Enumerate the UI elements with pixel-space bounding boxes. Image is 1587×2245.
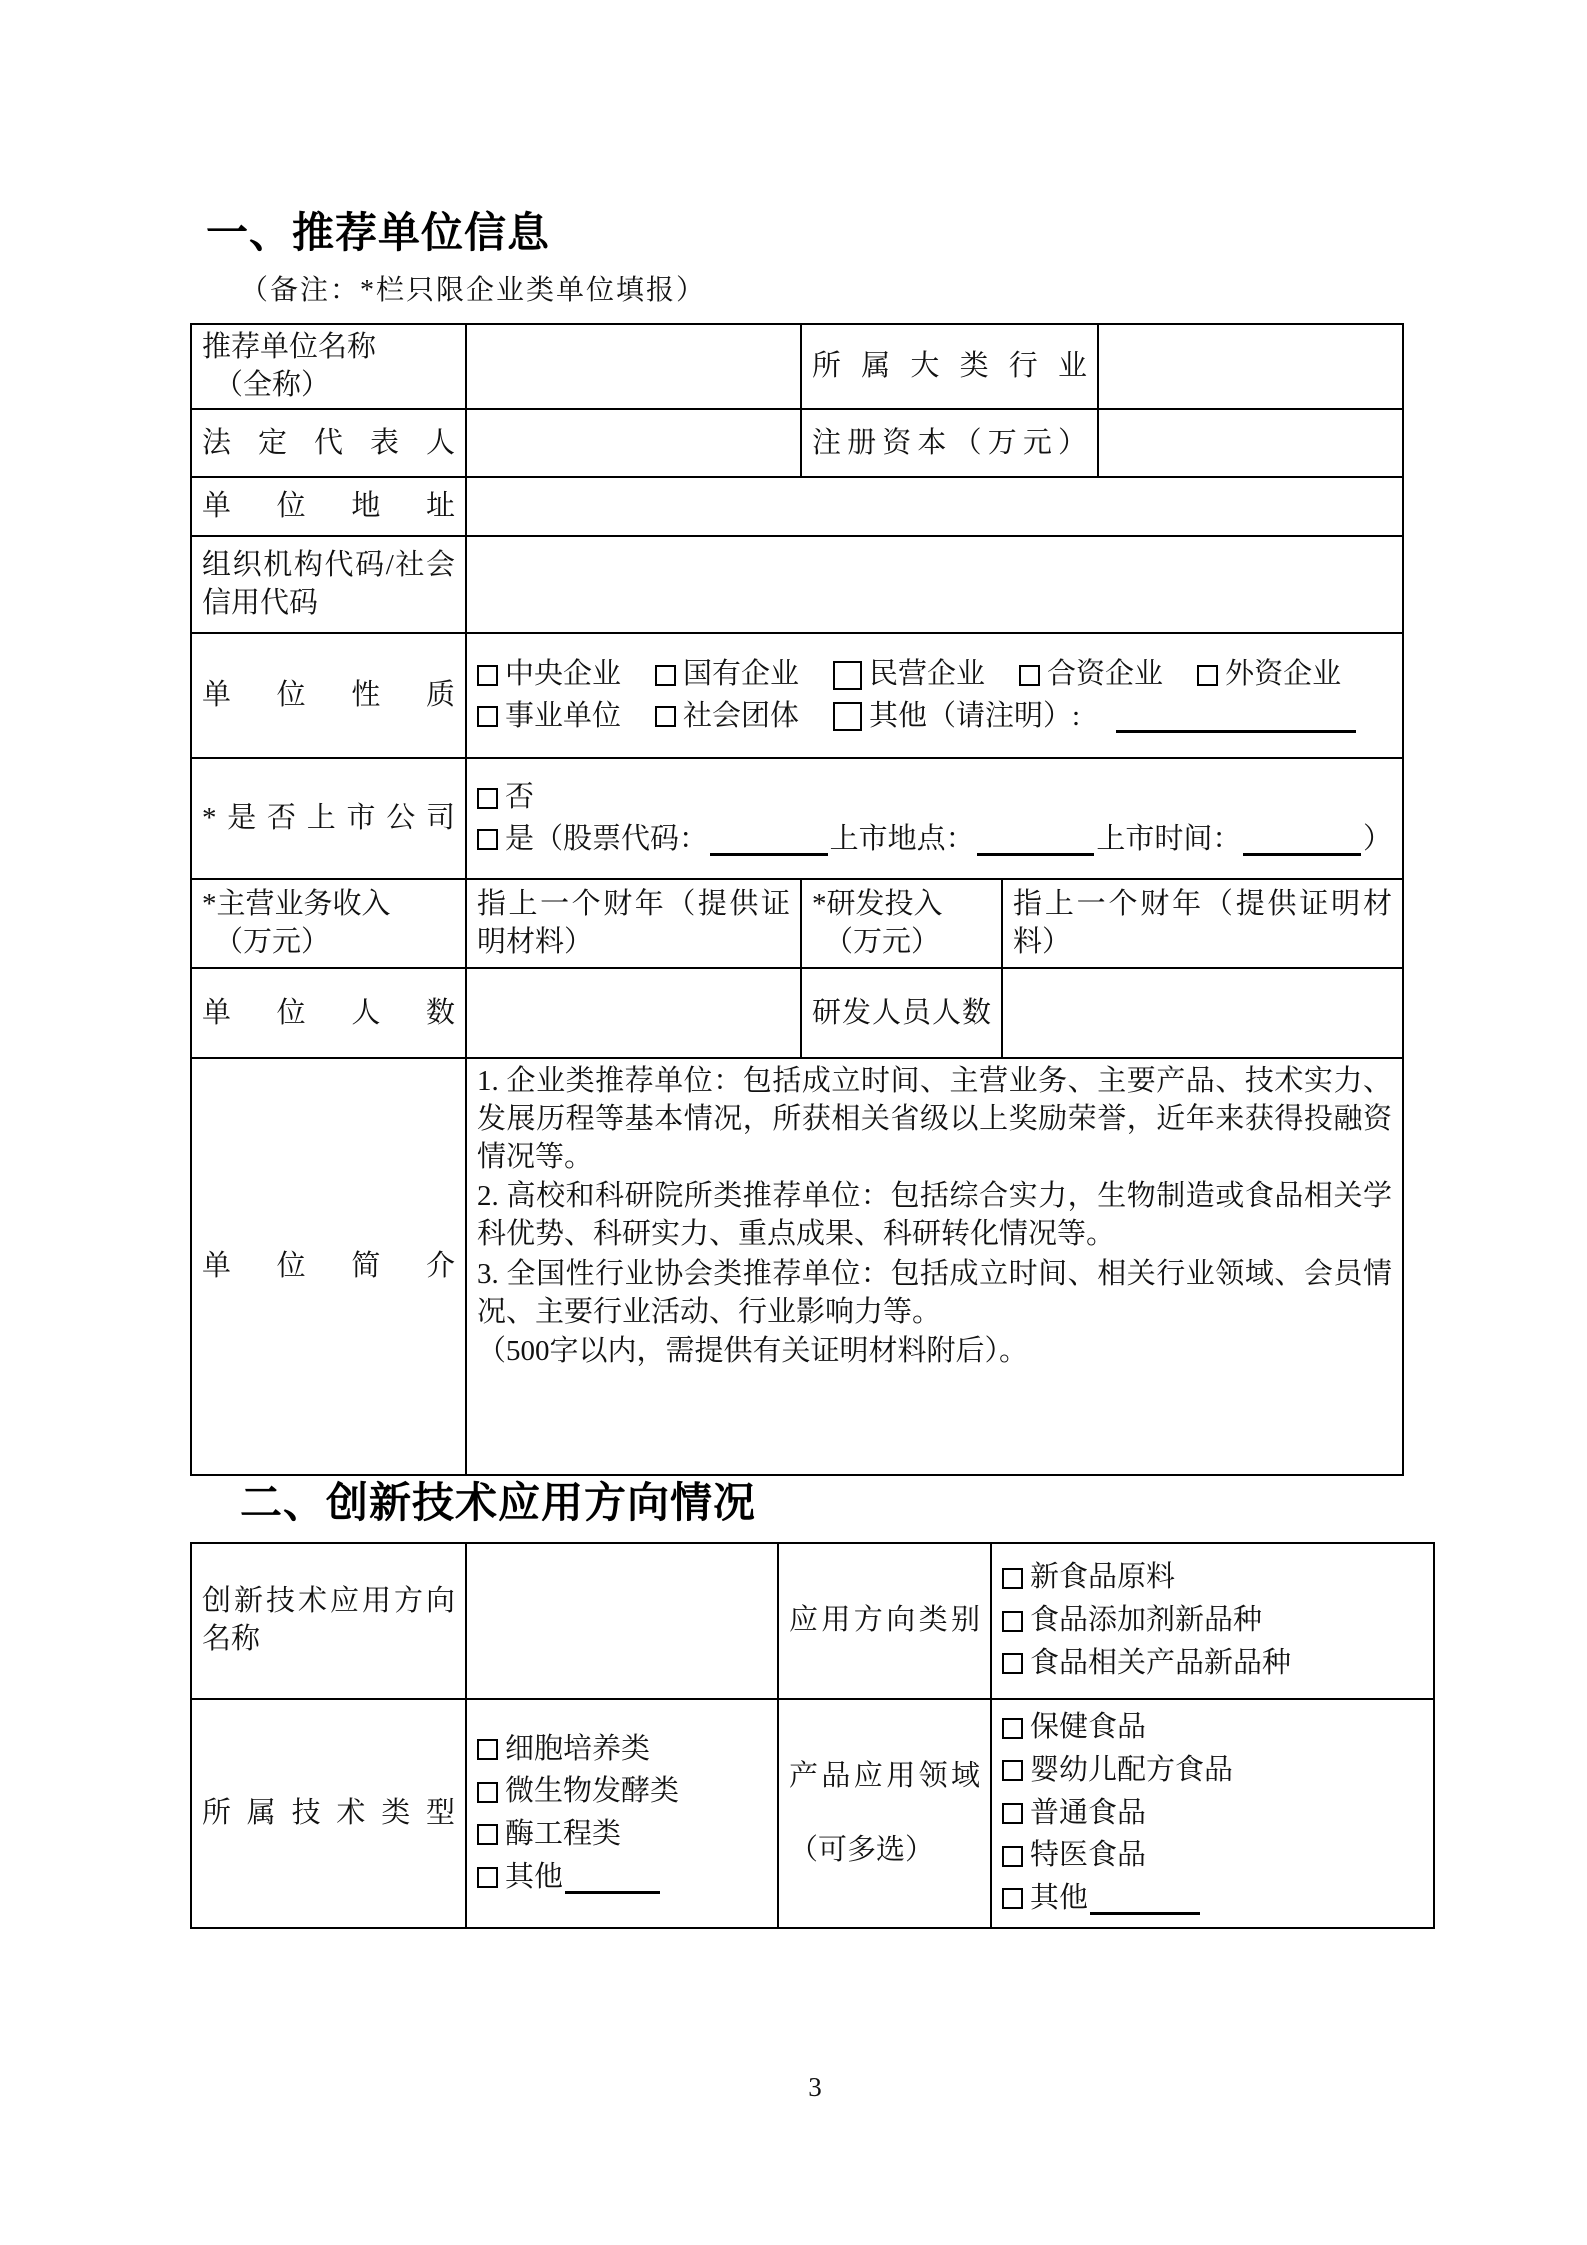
profile-paragraph-1: 1. 企业类推荐单位：包括成立时间、主营业务、主要产品、技术实力、发展历程等基本…: [477, 1063, 1392, 1176]
checkbox-option-microbial-fermentation[interactable]: 微生物发酵类: [477, 1773, 767, 1811]
checkbox-option-food-related-product[interactable]: 食品相关产品新品种: [1002, 1645, 1423, 1683]
checkbox-option-apply-other[interactable]: 其他: [1002, 1880, 1423, 1918]
profile-paragraph-2: 2. 高校和科研院所类推荐单位：包括综合实力，生物制造或食品相关学科优势、科研实…: [477, 1178, 1392, 1253]
table-row: 单位人数 研发人员人数: [191, 968, 1403, 1058]
checkbox-option-infant-formula[interactable]: 婴幼儿配方食品: [1002, 1752, 1423, 1790]
checkbox-label: 中央企业: [505, 656, 621, 694]
profile-note: （500字以内，需提供有关证明材料附后）。: [477, 1333, 1392, 1371]
checkbox-label: 食品相关产品新品种: [1030, 1645, 1291, 1683]
checkbox-label: 保健食品: [1030, 1709, 1146, 1747]
nature-options-line2: 事业单位 社会团体 其他（请注明）:: [477, 698, 1392, 736]
unit-profile-label: 单位简介: [191, 1058, 466, 1475]
org-code-field[interactable]: [466, 536, 1403, 633]
listed-yes-option[interactable]: 是（股票代码：上市地点：上市时间：）: [477, 821, 1392, 859]
table-row: 推荐单位名称 （全称） 所属大类行业: [191, 324, 1403, 409]
checkbox-icon[interactable]: [477, 706, 498, 727]
nature-options-line1: 中央企业 国有企业 民营企业 合资企业 外资企业: [477, 656, 1392, 694]
checkbox-icon[interactable]: [477, 788, 498, 809]
apply-other-blank[interactable]: [1090, 1883, 1200, 1915]
table-row: 法定代表人 注册资本（万元）: [191, 409, 1403, 477]
checkbox-label: 是（股票代码：: [505, 821, 708, 859]
checkbox-label: 事业单位: [505, 698, 621, 736]
section1-note: （备注：*栏只限企业类单位填报）: [240, 268, 706, 308]
checkbox-option-other-nature[interactable]: 其他（请注明）:: [833, 698, 1080, 736]
checkbox-icon[interactable]: [477, 1739, 498, 1760]
checkbox-option-tech-other[interactable]: 其他: [477, 1859, 767, 1897]
checkbox-option-health-food[interactable]: 保健食品: [1002, 1709, 1423, 1747]
checkbox-label: 特医食品: [1030, 1837, 1146, 1875]
checkbox-label: 食品添加剂新品种: [1030, 1602, 1262, 1640]
checkbox-label: 酶工程类: [505, 1816, 621, 1854]
table-row: 创新技术应用方向名称 应用方向类别 新食品原料 食品添加剂新品种 食品相关产品新…: [191, 1543, 1434, 1699]
label-text: （全称）: [202, 367, 455, 405]
listing-time-blank[interactable]: [1243, 824, 1361, 856]
document-page: 一、推荐单位信息 （备注：*栏只限企业类单位填报） 推荐单位名称 （全称） 所属…: [0, 0, 1587, 2245]
checkbox-label: 社会团体: [683, 698, 799, 736]
revenue-fiscal-note: 指上一个财年（提供证明材料）: [466, 879, 801, 968]
rd-fiscal-note: 指上一个财年（提供证明材料）: [1002, 879, 1403, 968]
capital-label: 注册资本（万元）: [801, 409, 1098, 477]
checkbox-option-medical-food[interactable]: 特医食品: [1002, 1837, 1423, 1875]
checkbox-icon[interactable]: [477, 665, 498, 686]
checkbox-label: 其他: [1030, 1880, 1088, 1918]
table-row: 所属技术类型 细胞培养类 微生物发酵类 酶工程类 其他 产品应用领域 （可多选）…: [191, 1699, 1434, 1928]
unit-name-field[interactable]: [466, 324, 801, 409]
checkbox-icon[interactable]: [477, 1824, 498, 1845]
checkbox-icon[interactable]: [1002, 1718, 1023, 1739]
tech-type-label: 所属技术类型: [191, 1699, 466, 1928]
section2-title: 二、创新技术应用方向情况: [240, 1470, 756, 1530]
checkbox-option-food-additive[interactable]: 食品添加剂新品种: [1002, 1602, 1423, 1640]
listing-place-label: 上市地点：: [830, 821, 975, 859]
headcount-label: 单位人数: [191, 968, 466, 1058]
table-row: 单位简介 1. 企业类推荐单位：包括成立时间、主营业务、主要产品、技术实力、发展…: [191, 1058, 1403, 1475]
checkbox-label: 其他（请注明）:: [869, 698, 1080, 736]
closing-paren: ）: [1363, 821, 1392, 859]
checkbox-label: 新食品原料: [1030, 1559, 1175, 1597]
tech-other-blank[interactable]: [565, 1862, 660, 1894]
industry-label: 所属大类行业: [801, 324, 1098, 409]
headcount-field[interactable]: [466, 968, 801, 1058]
checkbox-option-private[interactable]: 民营企业: [833, 656, 985, 694]
other-nature-blank[interactable]: [1116, 701, 1356, 733]
checkbox-icon[interactable]: [1197, 665, 1218, 686]
table-row: 单位地址: [191, 477, 1403, 536]
label-text: *研发投入: [812, 886, 991, 924]
checkbox-icon[interactable]: [1002, 1803, 1023, 1824]
rd-headcount-label: 研发人员人数: [801, 968, 1002, 1058]
checkbox-icon[interactable]: [833, 661, 862, 690]
checkbox-label: 婴幼儿配方食品: [1030, 1752, 1233, 1790]
checkbox-option-institution[interactable]: 事业单位: [477, 698, 621, 736]
unit-nature-label: 单位性质: [191, 633, 466, 758]
checkbox-icon[interactable]: [1002, 1611, 1023, 1632]
label-text: （可多选）: [789, 1832, 980, 1870]
listed-company-options: 否 是（股票代码：上市地点：上市时间：）: [466, 758, 1403, 879]
checkbox-label: 民营企业: [869, 656, 985, 694]
checkbox-label: 国有企业: [683, 656, 799, 694]
org-code-label: 组织机构代码/社会信用代码: [191, 536, 466, 633]
table-row: *是否上市公司 否 是（股票代码：上市地点：上市时间：）: [191, 758, 1403, 879]
apply-field-label: 产品应用领域 （可多选）: [778, 1699, 991, 1928]
checkbox-label: 微生物发酵类: [505, 1773, 679, 1811]
rd-invest-label: *研发投入 （万元）: [801, 879, 1002, 968]
checkbox-label: 合资企业: [1047, 656, 1163, 694]
table-row: 单位性质 中央企业 国有企业 民营企业 合资企业 外资企业 事业单位 社会团体 …: [191, 633, 1403, 758]
checkbox-option-state-owned[interactable]: 国有企业: [655, 656, 799, 694]
apply-field-options: 保健食品 婴幼儿配方食品 普通食品 特医食品 其他: [991, 1699, 1434, 1928]
checkbox-label: 普通食品: [1030, 1795, 1146, 1833]
checkbox-label: 否: [505, 779, 534, 817]
listed-company-label: *是否上市公司: [191, 758, 466, 879]
checkbox-option-foreign[interactable]: 外资企业: [1197, 656, 1341, 694]
address-label: 单位地址: [191, 477, 466, 536]
stock-code-blank[interactable]: [710, 824, 828, 856]
section1-title: 一、推荐单位信息: [206, 200, 550, 260]
checkbox-icon[interactable]: [655, 665, 676, 686]
profile-paragraph-3: 3. 全国性行业协会类推荐单位：包括成立时间、相关行业领域、会员情况、主要行业活…: [477, 1256, 1392, 1331]
label-text: *主营业务收入: [202, 886, 455, 924]
checkbox-icon[interactable]: [1019, 665, 1040, 686]
direction-name-label: 创新技术应用方向名称: [191, 1543, 466, 1699]
industry-field[interactable]: [1098, 324, 1403, 409]
address-field[interactable]: [466, 477, 1403, 536]
checkbox-icon[interactable]: [1002, 1846, 1023, 1867]
checkbox-icon[interactable]: [1002, 1760, 1023, 1781]
direction-name-field[interactable]: [466, 1543, 778, 1699]
label-text: （万元）: [812, 924, 991, 962]
capital-field[interactable]: [1098, 409, 1403, 477]
checkbox-option-general-food[interactable]: 普通食品: [1002, 1795, 1423, 1833]
direction-type-label: 应用方向类别: [778, 1543, 991, 1699]
checkbox-option-central[interactable]: 中央企业: [477, 656, 621, 694]
listed-no-option[interactable]: 否: [477, 779, 1392, 817]
checkbox-option-new-food-material[interactable]: 新食品原料: [1002, 1559, 1423, 1597]
checkbox-icon[interactable]: [477, 829, 498, 850]
revenue-label: *主营业务收入 （万元）: [191, 879, 466, 968]
checkbox-icon[interactable]: [477, 1867, 498, 1888]
checkbox-option-cell-culture[interactable]: 细胞培养类: [477, 1731, 767, 1769]
listing-time-label: 上市时间：: [1096, 821, 1241, 859]
checkbox-icon[interactable]: [655, 706, 676, 727]
legal-rep-label: 法定代表人: [191, 409, 466, 477]
label-text: （万元）: [202, 924, 455, 962]
innovation-direction-table: 创新技术应用方向名称 应用方向类别 新食品原料 食品添加剂新品种 食品相关产品新…: [190, 1542, 1435, 1929]
checkbox-icon[interactable]: [1002, 1888, 1023, 1909]
checkbox-icon[interactable]: [833, 702, 862, 731]
direction-type-options: 新食品原料 食品添加剂新品种 食品相关产品新品种: [991, 1543, 1434, 1699]
label-text: 产品应用领域: [789, 1758, 980, 1796]
checkbox-option-joint-venture[interactable]: 合资企业: [1019, 656, 1163, 694]
label-text: 推荐单位名称: [202, 329, 455, 367]
listing-place-blank[interactable]: [977, 824, 1095, 856]
checkbox-icon[interactable]: [1002, 1568, 1023, 1589]
page-number: 3: [0, 2072, 1587, 2103]
unit-info-table: 推荐单位名称 （全称） 所属大类行业 法定代表人 注册资本（万元） 单位地址 组…: [190, 323, 1404, 1476]
table-row: 组织机构代码/社会信用代码: [191, 536, 1403, 633]
unit-name-label: 推荐单位名称 （全称）: [191, 324, 466, 409]
checkbox-icon[interactable]: [477, 1782, 498, 1803]
checkbox-label: 外资企业: [1225, 656, 1341, 694]
legal-rep-field[interactable]: [466, 409, 801, 477]
unit-profile-content[interactable]: 1. 企业类推荐单位：包括成立时间、主营业务、主要产品、技术实力、发展历程等基本…: [466, 1058, 1403, 1475]
unit-nature-options: 中央企业 国有企业 民营企业 合资企业 外资企业 事业单位 社会团体 其他（请注…: [466, 633, 1403, 758]
tech-type-options: 细胞培养类 微生物发酵类 酶工程类 其他: [466, 1699, 778, 1928]
checkbox-option-social-group[interactable]: 社会团体: [655, 698, 799, 736]
rd-headcount-field[interactable]: [1002, 968, 1403, 1058]
checkbox-label: 细胞培养类: [505, 1731, 650, 1769]
checkbox-icon[interactable]: [1002, 1653, 1023, 1674]
table-row: *主营业务收入 （万元） 指上一个财年（提供证明材料） *研发投入 （万元） 指…: [191, 879, 1403, 968]
checkbox-option-enzyme-engineering[interactable]: 酶工程类: [477, 1816, 767, 1854]
checkbox-label: 其他: [505, 1859, 563, 1897]
